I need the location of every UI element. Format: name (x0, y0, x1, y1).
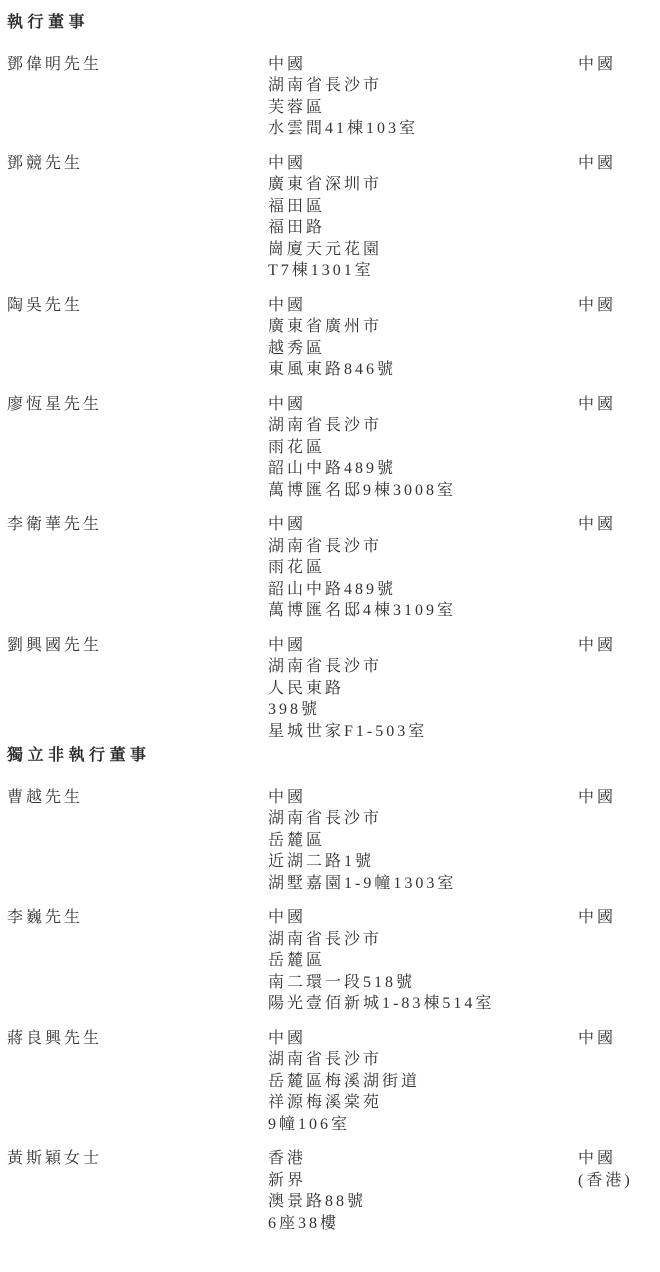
director-nationality: 中國 (578, 635, 654, 657)
section-rows: 鄧偉明先生 中國湖南省長沙市芙蓉區水雲間41棟103室 中國 鄧競先生 中國廣東… (7, 54, 654, 743)
address-line: 祥源梅溪棠苑 (268, 1092, 578, 1114)
address-line: 湖南省長沙市 (268, 656, 578, 678)
address-line: 芙蓉區 (268, 97, 578, 119)
directors-section: 執行董事 鄧偉明先生 中國湖南省長沙市芙蓉區水雲間41棟103室 中國 鄧競先生… (7, 12, 654, 742)
director-nationality: 中國 (578, 787, 654, 809)
director-address: 中國湖南省長沙市雨花區韶山中路489號萬博匯名邸9棟3008室 (268, 394, 578, 502)
director-name: 黃斯穎女士 (7, 1148, 268, 1170)
address-line: 湖南省長沙市 (268, 536, 578, 558)
address-line: 廣東省深圳市 (268, 174, 578, 196)
nationality-line: 中國 (578, 153, 654, 175)
director-address: 中國湖南省長沙市人民東路398號星城世家F1-503室 (268, 635, 578, 743)
director-row: 李衛華先生 中國湖南省長沙市雨花區韶山中路489號萬博匯名邸4棟3109室 中國 (7, 514, 654, 622)
director-address: 中國湖南省長沙市岳麓區近湖二路1號湖墅嘉園1-9幢1303室 (268, 787, 578, 895)
nationality-line: 中國 (578, 1148, 654, 1170)
address-line: 星城世家F1-503室 (268, 721, 578, 743)
director-name: 曹越先生 (7, 787, 268, 809)
address-line: 湖南省長沙市 (268, 75, 578, 97)
directors-page: 執行董事 鄧偉明先生 中國湖南省長沙市芙蓉區水雲間41棟103室 中國 鄧競先生… (0, 0, 660, 1272)
director-name: 李巍先生 (7, 907, 268, 929)
address-line: 萬博匯名邸9棟3008室 (268, 480, 578, 502)
section-heading: 執行董事 (7, 12, 654, 34)
address-line: 中國 (268, 635, 578, 657)
address-line: 新界 (268, 1170, 578, 1192)
director-row: 廖恆星先生 中國湖南省長沙市雨花區韶山中路489號萬博匯名邸9棟3008室 中國 (7, 394, 654, 502)
director-nationality: 中國 (578, 153, 654, 175)
nationality-line: 中國 (578, 295, 654, 317)
address-line: 近湖二路1號 (268, 851, 578, 873)
address-line: 廣東省廣州市 (268, 316, 578, 338)
address-line: 南二環一段518號 (268, 972, 578, 994)
director-address: 中國廣東省廣州市越秀區東風東路846號 (268, 295, 578, 381)
address-line: 中國 (268, 394, 578, 416)
director-nationality: 中國 (578, 514, 654, 536)
address-line: 中國 (268, 295, 578, 317)
director-nationality: 中國(香港) (578, 1148, 654, 1191)
director-row: 鄧競先生 中國廣東省深圳市福田區福田路崗廈天元花園T7棟1301室 中國 (7, 153, 654, 282)
address-line: 萬博匯名邸4棟3109室 (268, 600, 578, 622)
director-row: 李巍先生 中國湖南省長沙市岳麓區南二環一段518號陽光壹佰新城1-83棟514室… (7, 907, 654, 1015)
nationality-line: (香港) (578, 1170, 654, 1192)
address-line: 6座38樓 (268, 1213, 578, 1235)
directors-section: 獨立非執行董事 曹越先生 中國湖南省長沙市岳麓區近湖二路1號湖墅嘉園1-9幢13… (7, 745, 654, 1234)
nationality-line: 中國 (578, 787, 654, 809)
director-row: 蔣良興先生 中國湖南省長沙市岳麓區梅溪湖街道祥源梅溪棠苑9幢106室 中國 (7, 1028, 654, 1136)
address-line: 岳麓區 (268, 950, 578, 972)
nationality-line: 中國 (578, 907, 654, 929)
address-line: 湖南省長沙市 (268, 1049, 578, 1071)
address-line: 福田區 (268, 196, 578, 218)
nationality-line: 中國 (578, 394, 654, 416)
director-address: 中國湖南省長沙市芙蓉區水雲間41棟103室 (268, 54, 578, 140)
address-line: 水雲間41棟103室 (268, 118, 578, 140)
address-line: 福田路 (268, 217, 578, 239)
nationality-line: 中國 (578, 635, 654, 657)
address-line: 韶山中路489號 (268, 579, 578, 601)
address-line: 岳麓區 (268, 830, 578, 852)
address-line: 中國 (268, 514, 578, 536)
director-address: 中國廣東省深圳市福田區福田路崗廈天元花園T7棟1301室 (268, 153, 578, 282)
director-nationality: 中國 (578, 295, 654, 317)
address-line: 崗廈天元花園 (268, 239, 578, 261)
director-row: 鄧偉明先生 中國湖南省長沙市芙蓉區水雲間41棟103室 中國 (7, 54, 654, 140)
address-line: 雨花區 (268, 437, 578, 459)
director-row: 劉興國先生 中國湖南省長沙市人民東路398號星城世家F1-503室 中國 (7, 635, 654, 743)
director-name: 陶吳先生 (7, 295, 268, 317)
director-name: 鄧偉明先生 (7, 54, 268, 76)
address-line: 雨花區 (268, 557, 578, 579)
section-rows: 曹越先生 中國湖南省長沙市岳麓區近湖二路1號湖墅嘉園1-9幢1303室 中國 李… (7, 787, 654, 1235)
address-line: 東風東路846號 (268, 359, 578, 381)
nationality-line: 中國 (578, 1028, 654, 1050)
address-line: 中國 (268, 1028, 578, 1050)
address-line: 湖墅嘉園1-9幢1303室 (268, 873, 578, 895)
nationality-line: 中國 (578, 514, 654, 536)
director-address: 中國湖南省長沙市雨花區韶山中路489號萬博匯名邸4棟3109室 (268, 514, 578, 622)
director-address: 香港新界澳景路88號6座38樓 (268, 1148, 578, 1234)
address-line: 韶山中路489號 (268, 458, 578, 480)
director-name: 劉興國先生 (7, 635, 268, 657)
director-row: 黃斯穎女士 香港新界澳景路88號6座38樓 中國(香港) (7, 1148, 654, 1234)
director-nationality: 中國 (578, 907, 654, 929)
section-heading: 獨立非執行董事 (7, 745, 654, 767)
director-name: 鄧競先生 (7, 153, 268, 175)
address-line: 湖南省長沙市 (268, 929, 578, 951)
address-line: T7棟1301室 (268, 260, 578, 282)
address-line: 越秀區 (268, 338, 578, 360)
address-line: 9幢106室 (268, 1114, 578, 1136)
director-name: 蔣良興先生 (7, 1028, 268, 1050)
address-line: 岳麓區梅溪湖街道 (268, 1071, 578, 1093)
address-line: 中國 (268, 153, 578, 175)
director-nationality: 中國 (578, 394, 654, 416)
address-line: 澳景路88號 (268, 1191, 578, 1213)
address-line: 陽光壹佰新城1-83棟514室 (268, 993, 578, 1015)
address-line: 湖南省長沙市 (268, 415, 578, 437)
address-line: 中國 (268, 907, 578, 929)
director-address: 中國湖南省長沙市岳麓區南二環一段518號陽光壹佰新城1-83棟514室 (268, 907, 578, 1015)
director-nationality: 中國 (578, 1028, 654, 1050)
address-line: 湖南省長沙市 (268, 808, 578, 830)
director-row: 陶吳先生 中國廣東省廣州市越秀區東風東路846號 中國 (7, 295, 654, 381)
address-line: 人民東路 (268, 678, 578, 700)
address-line: 398號 (268, 699, 578, 721)
director-name: 廖恆星先生 (7, 394, 268, 416)
address-line: 中國 (268, 54, 578, 76)
director-address: 中國湖南省長沙市岳麓區梅溪湖街道祥源梅溪棠苑9幢106室 (268, 1028, 578, 1136)
address-line: 香港 (268, 1148, 578, 1170)
director-name: 李衛華先生 (7, 514, 268, 536)
director-nationality: 中國 (578, 54, 654, 76)
nationality-line: 中國 (578, 54, 654, 76)
address-line: 中國 (268, 787, 578, 809)
director-row: 曹越先生 中國湖南省長沙市岳麓區近湖二路1號湖墅嘉園1-9幢1303室 中國 (7, 787, 654, 895)
